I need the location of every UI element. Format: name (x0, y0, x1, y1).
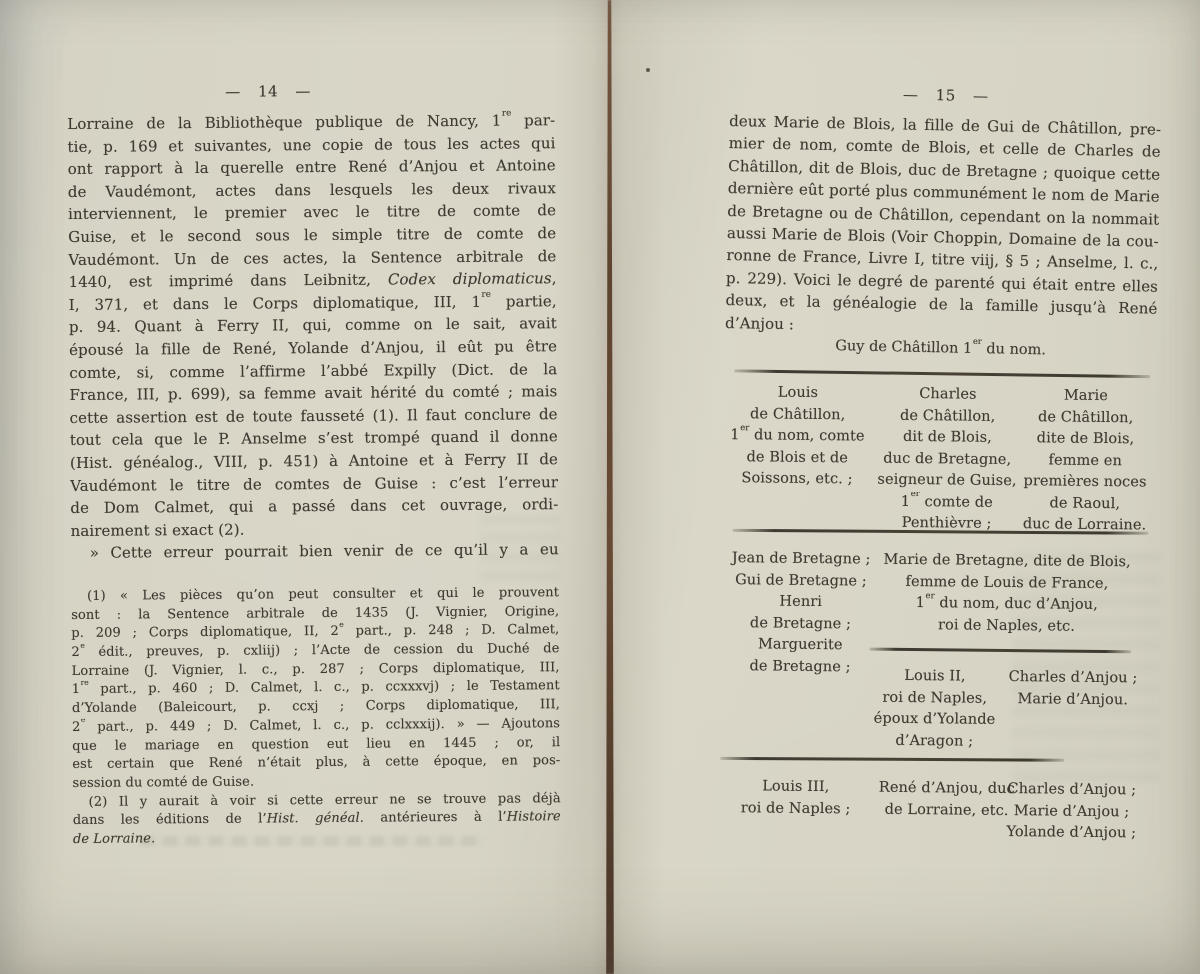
text-line: dit de Blois, (871, 427, 1023, 450)
text-line: Guise, et le second sous le simple titre… (68, 222, 556, 248)
text-line: Marie (1016, 385, 1156, 408)
text-line: roi de Naples, etc. (869, 614, 1143, 638)
text-line: Marie de Bretagne, dite de Blois, (870, 550, 1144, 574)
text-line: roi de Naples ; (721, 798, 869, 821)
binding-line (606, 0, 614, 974)
text-line: Charles d’Anjou ; (996, 779, 1148, 802)
left-page-footnotes: (1) « Les pièces qu’on peut consulter et… (71, 584, 561, 849)
text-line: premières noces (1015, 471, 1155, 494)
genealogy-rule-3 (869, 648, 1131, 653)
text-line: de Bretagne ; (721, 655, 879, 678)
text-line: épousé la fille de René, Yolande d’Anjou… (69, 335, 557, 361)
text-line: seigneur de Guise, (871, 470, 1023, 493)
genealogy-col-charles-marie-anjou: Charles d’Anjou ;Marie d’Anjou. (999, 667, 1147, 712)
page-number-right: — 15 — (730, 82, 1162, 109)
text-line: duc de Bretagne, (871, 448, 1023, 471)
text-line: Henri (722, 591, 880, 614)
genealogy-col-louis-chatillon: Louisde Châtillon,1er du nom, comtede Bl… (723, 382, 872, 491)
text-line: de Raoul, (1015, 493, 1155, 516)
genealogy-col-louis-iii: Louis III,roi de Naples ; (721, 776, 869, 821)
text-line: de Châtillon, (724, 404, 872, 427)
text-line: est certain que René n’était plus, à cet… (72, 752, 560, 775)
text-line: de Lorraine. (73, 827, 561, 850)
text-line: Louis II, (859, 665, 1011, 688)
text-line: Yolande d’Anjou ; (995, 822, 1147, 845)
genealogy-col-charles-chatillon: Charlesde Châtillon,dit de Blois,duc de … (870, 384, 1024, 536)
text-line: Charles d’Anjou ; (999, 667, 1147, 690)
text-line: dite de Blois, (1015, 428, 1155, 451)
text-line: de Dom Calmet, qui a passé dans cet ouvr… (70, 493, 558, 519)
text-line: Jean de Bretagne ; (722, 548, 880, 571)
text-line: femme en (1015, 450, 1155, 473)
genealogy-col-anjou-children: Charles d’Anjou ;Marie d’Anjou ;Yolande … (995, 779, 1148, 845)
genealogy-col-bretagne-children: Jean de Bretagne ;Gui de Bretagne ;Henri… (721, 548, 880, 679)
genealogy-table: Louisde Châtillon,1er du nom, comtede Bl… (719, 370, 1156, 874)
text-line: Louis (724, 382, 872, 405)
book-photo: — 14 — Lorraine de la Bibliothèque publi… (0, 0, 1200, 974)
text-line: 1er du nom, duc d’Anjou, (870, 593, 1144, 617)
text-line: Marguerite (721, 634, 879, 657)
text-line: dans les éditions de l’Hist. généal. ant… (73, 808, 561, 831)
text-line: de Blois et de (723, 447, 871, 470)
text-line: Louis III, (722, 776, 870, 799)
right-page-body-text: deux Marie de Blois, la fille de Gui de … (725, 110, 1161, 343)
page-number-left: — 14 — (67, 81, 469, 102)
text-line: roi de Naples, (859, 687, 1011, 710)
text-line: de Châtillon, (872, 405, 1024, 428)
genealogy-rule-4 (720, 757, 1064, 761)
text-line: femme de Louis de France, (870, 571, 1144, 595)
text-line: 1er comte de (871, 491, 1023, 514)
text-line: Marie d’Anjou. (999, 688, 1147, 711)
left-page-body-text: Lorraine de la Bibliothèque publique de … (67, 109, 559, 565)
genealogy-col-marie-de-bretagne: Marie de Bretagne, dite de Blois,femme d… (869, 550, 1144, 639)
text-line: (Hist. généalog., VIII, p. 451) à Antoin… (70, 448, 558, 474)
genealogy-col-louis-ii: Louis II,roi de Naples,époux d’Yolanded’… (858, 665, 1011, 753)
text-line: d’Aragon ; (858, 730, 1010, 753)
text-line: Charles (872, 384, 1024, 407)
text-line: Lorraine de la Bibliothèque publique de … (67, 109, 555, 135)
text-line: de Bretagne ; (721, 613, 879, 636)
text-line: » Cette erreur pourrait bien venir de ce… (71, 538, 559, 564)
ink-speck (646, 68, 650, 72)
text-line: 1er du nom, comte (723, 425, 871, 448)
text-line: Marie d’Anjou ; (995, 800, 1147, 823)
text-line: époux d’Yolande (858, 708, 1010, 731)
text-line: de Châtillon, (1016, 407, 1156, 430)
text-line: Soissons, etc. ; (723, 468, 871, 491)
genealogy-col-marie-chatillon: Mariede Châtillon,dite de Blois,femme en… (1014, 385, 1156, 537)
right-page: — 15 — deux Marie de Blois, la fille de … (730, 80, 1162, 89)
genealogy-rule-1 (734, 369, 1150, 377)
left-page: — 14 — Lorraine de la Bibliothèque publi… (67, 78, 555, 82)
text-line: Gui de Bretagne ; (722, 570, 880, 593)
